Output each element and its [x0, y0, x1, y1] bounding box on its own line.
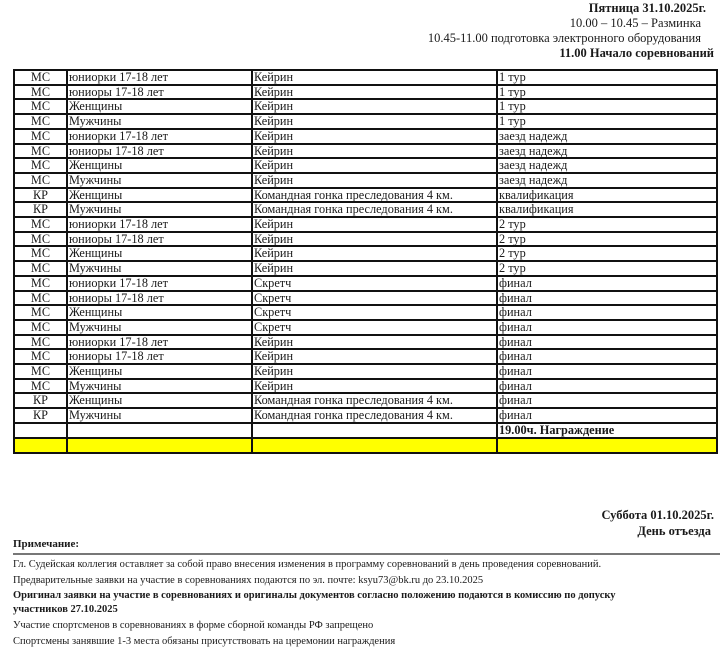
cell-stage: 1 тур: [497, 114, 717, 129]
cell-group: Женщины: [67, 305, 252, 320]
schedule-row: МСМужчиныКейринзаезд надежд: [14, 173, 717, 188]
cell-category: МС: [14, 70, 67, 85]
highlight-cell: [497, 438, 717, 453]
schedule-row: МСЖенщиныСкретчфинал: [14, 305, 717, 320]
cell-category: МС: [14, 232, 67, 247]
note-item: Предварительные заявки на участие в соре…: [13, 573, 720, 589]
saturday-block: Суббота 01.10.2025г. День отъезда: [601, 508, 714, 539]
notes-list: Гл. Судейская коллегия оставляет за собо…: [13, 557, 720, 650]
cell-discipline: Кейрин: [252, 232, 497, 247]
cell-category: МС: [14, 246, 67, 261]
cell-stage: финал: [497, 408, 717, 423]
schedule-row: МСМужчиныКейрин1 тур: [14, 114, 717, 129]
schedule-row: МСюниорки 17-18 летКейринфинал: [14, 335, 717, 350]
schedule-row: МСЖенщиныКейрин1 тур: [14, 99, 717, 114]
cell-group: Женщины: [67, 246, 252, 261]
cell-discipline: Командная гонка преследования 4 км.: [252, 202, 497, 217]
schedule-row: МСюниорки 17-18 летКейринзаезд надежд: [14, 129, 717, 144]
cell-discipline: Скретч: [252, 291, 497, 306]
schedule-row: МСюниорки 17-18 летКейрин2 тур: [14, 217, 717, 232]
notes-title: Примечание:: [13, 538, 720, 555]
cell-group: Мужчины: [67, 320, 252, 335]
schedule-row: КРМужчиныКомандная гонка преследования 4…: [14, 202, 717, 217]
competition-start-time: 11.00 Начало соревнований: [428, 46, 714, 61]
cell-discipline: Командная гонка преследования 4 км.: [252, 408, 497, 423]
schedule-row: МСюниоры 17-18 летКейрин2 тур: [14, 232, 717, 247]
cell-category: МС: [14, 99, 67, 114]
schedule-row: МСЖенщиныКейринзаезд надежд: [14, 158, 717, 173]
cell-stage: квалификация: [497, 188, 717, 203]
cell-discipline: Скретч: [252, 320, 497, 335]
cell-category: МС: [14, 173, 67, 188]
note-item: Оригинал заявки на участие в соревновани…: [13, 589, 673, 617]
award-row: 19.00ч. Награждение: [14, 423, 717, 438]
cell-discipline: Кейрин: [252, 261, 497, 276]
cell-discipline: Кейрин: [252, 364, 497, 379]
cell-category: МС: [14, 144, 67, 159]
cell-stage: финал: [497, 276, 717, 291]
cell-discipline: Кейрин: [252, 349, 497, 364]
cell-category: МС: [14, 129, 67, 144]
cell-stage: финал: [497, 305, 717, 320]
cell-discipline: Кейрин: [252, 129, 497, 144]
cell-discipline: Кейрин: [252, 379, 497, 394]
highlight-cell: [14, 438, 67, 453]
departure-day-label: День отъезда: [601, 524, 711, 540]
saturday-date: Суббота 01.10.2025г.: [601, 508, 714, 524]
warmup-time: 10.00 – 10.45 – Разминка: [428, 16, 701, 31]
cell-group: Мужчины: [67, 261, 252, 276]
cell-stage: финал: [497, 291, 717, 306]
cell-discipline: Кейрин: [252, 70, 497, 85]
highlight-cell: [252, 438, 497, 453]
cell-group: юниорки 17-18 лет: [67, 276, 252, 291]
cell-group: юниоры 17-18 лет: [67, 144, 252, 159]
schedule-row: МСюниоры 17-18 летСкретчфинал: [14, 291, 717, 306]
cell-group: Женщины: [67, 99, 252, 114]
cell-stage: финал: [497, 379, 717, 394]
cell-group: Мужчины: [67, 379, 252, 394]
cell-category: МС: [14, 379, 67, 394]
cell-group: Женщины: [67, 188, 252, 203]
award-ceremony-time: 19.00ч. Награждение: [497, 423, 717, 438]
cell-discipline: Кейрин: [252, 158, 497, 173]
cell-stage: 1 тур: [497, 85, 717, 100]
cell-category: МС: [14, 276, 67, 291]
highlight-row: [14, 438, 717, 453]
cell-discipline: Кейрин: [252, 85, 497, 100]
cell-category: МС: [14, 158, 67, 173]
highlight-cell: [67, 438, 252, 453]
cell-group: юниорки 17-18 лет: [67, 129, 252, 144]
cell-discipline: Кейрин: [252, 217, 497, 232]
cell-discipline: Кейрин: [252, 99, 497, 114]
cell-stage: финал: [497, 364, 717, 379]
cell-discipline: Кейрин: [252, 144, 497, 159]
empty-cell: [14, 423, 67, 438]
cell-group: Женщины: [67, 364, 252, 379]
cell-category: КР: [14, 188, 67, 203]
cell-category: МС: [14, 217, 67, 232]
cell-category: КР: [14, 393, 67, 408]
day-header: Пятница 31.10.2025г. 10.00 – 10.45 – Раз…: [428, 1, 714, 61]
cell-group: Мужчины: [67, 202, 252, 217]
cell-category: МС: [14, 305, 67, 320]
note-item: Спортсмены занявшие 1-3 места обязаны пр…: [13, 634, 720, 650]
cell-stage: финал: [497, 393, 717, 408]
cell-category: МС: [14, 114, 67, 129]
cell-stage: 2 тур: [497, 232, 717, 247]
schedule-row: МСюниоры 17-18 летКейрин1 тур: [14, 85, 717, 100]
note-item: Гл. Судейская коллегия оставляет за собо…: [13, 557, 720, 573]
cell-discipline: Командная гонка преследования 4 км.: [252, 393, 497, 408]
cell-stage: квалификация: [497, 202, 717, 217]
cell-stage: заезд надежд: [497, 158, 717, 173]
schedule-row: МСМужчиныКейрин2 тур: [14, 261, 717, 276]
cell-discipline: Кейрин: [252, 173, 497, 188]
cell-stage: 2 тур: [497, 246, 717, 261]
cell-stage: 2 тур: [497, 217, 717, 232]
cell-category: МС: [14, 320, 67, 335]
cell-category: МС: [14, 85, 67, 100]
cell-category: МС: [14, 261, 67, 276]
cell-category: МС: [14, 335, 67, 350]
cell-category: МС: [14, 291, 67, 306]
cell-stage: 2 тур: [497, 261, 717, 276]
cell-stage: 1 тур: [497, 70, 717, 85]
notes-section: Примечание: Гл. Судейская коллегия остав…: [13, 538, 720, 650]
cell-group: юниоры 17-18 лет: [67, 232, 252, 247]
cell-stage: заезд надежд: [497, 129, 717, 144]
cell-group: Мужчины: [67, 114, 252, 129]
cell-category: КР: [14, 202, 67, 217]
cell-group: Мужчины: [67, 408, 252, 423]
cell-category: КР: [14, 408, 67, 423]
cell-group: юниорки 17-18 лет: [67, 335, 252, 350]
schedule-row: МСюниорки 17-18 летСкретчфинал: [14, 276, 717, 291]
cell-stage: финал: [497, 335, 717, 350]
cell-discipline: Кейрин: [252, 114, 497, 129]
schedule-row: МСЖенщиныКейрин2 тур: [14, 246, 717, 261]
cell-stage: заезд надежд: [497, 173, 717, 188]
cell-discipline: Кейрин: [252, 246, 497, 261]
schedule-row: МСюниоры 17-18 летКейринзаезд надежд: [14, 144, 717, 159]
cell-stage: 1 тур: [497, 99, 717, 114]
cell-stage: финал: [497, 320, 717, 335]
note-item: Участие спортсменов в соревнованиях в фо…: [13, 618, 720, 634]
equipment-preparation-time: 10.45-11.00 подготовка электронного обор…: [428, 31, 701, 46]
schedule-row: МСМужчиныКейринфинал: [14, 379, 717, 394]
cell-category: МС: [14, 349, 67, 364]
cell-stage: финал: [497, 349, 717, 364]
cell-discipline: Скретч: [252, 305, 497, 320]
cell-discipline: Скретч: [252, 276, 497, 291]
cell-group: юниоры 17-18 лет: [67, 349, 252, 364]
empty-cell: [252, 423, 497, 438]
schedule-body: МСюниорки 17-18 летКейрин1 турМСюниоры 1…: [14, 70, 717, 453]
cell-group: юниорки 17-18 лет: [67, 70, 252, 85]
cell-category: МС: [14, 364, 67, 379]
cell-discipline: Кейрин: [252, 335, 497, 350]
schedule-row: КРЖенщиныКомандная гонка преследования 4…: [14, 188, 717, 203]
cell-stage: заезд надежд: [497, 144, 717, 159]
cell-group: юниоры 17-18 лет: [67, 85, 252, 100]
empty-cell: [67, 423, 252, 438]
cell-group: Мужчины: [67, 173, 252, 188]
cell-group: Женщины: [67, 393, 252, 408]
schedule-table: МСюниорки 17-18 летКейрин1 турМСюниоры 1…: [13, 69, 718, 454]
schedule-row: КРЖенщиныКомандная гонка преследования 4…: [14, 393, 717, 408]
schedule-row: МСМужчиныСкретчфинал: [14, 320, 717, 335]
friday-date: Пятница 31.10.2025г.: [428, 1, 706, 16]
schedule-row: МСЖенщиныКейринфинал: [14, 364, 717, 379]
cell-discipline: Командная гонка преследования 4 км.: [252, 188, 497, 203]
schedule-row: МСюниорки 17-18 летКейрин1 тур: [14, 70, 717, 85]
cell-group: Женщины: [67, 158, 252, 173]
schedule-row: КРМужчиныКомандная гонка преследования 4…: [14, 408, 717, 423]
cell-group: юниоры 17-18 лет: [67, 291, 252, 306]
cell-group: юниорки 17-18 лет: [67, 217, 252, 232]
schedule-row: МСюниоры 17-18 летКейринфинал: [14, 349, 717, 364]
